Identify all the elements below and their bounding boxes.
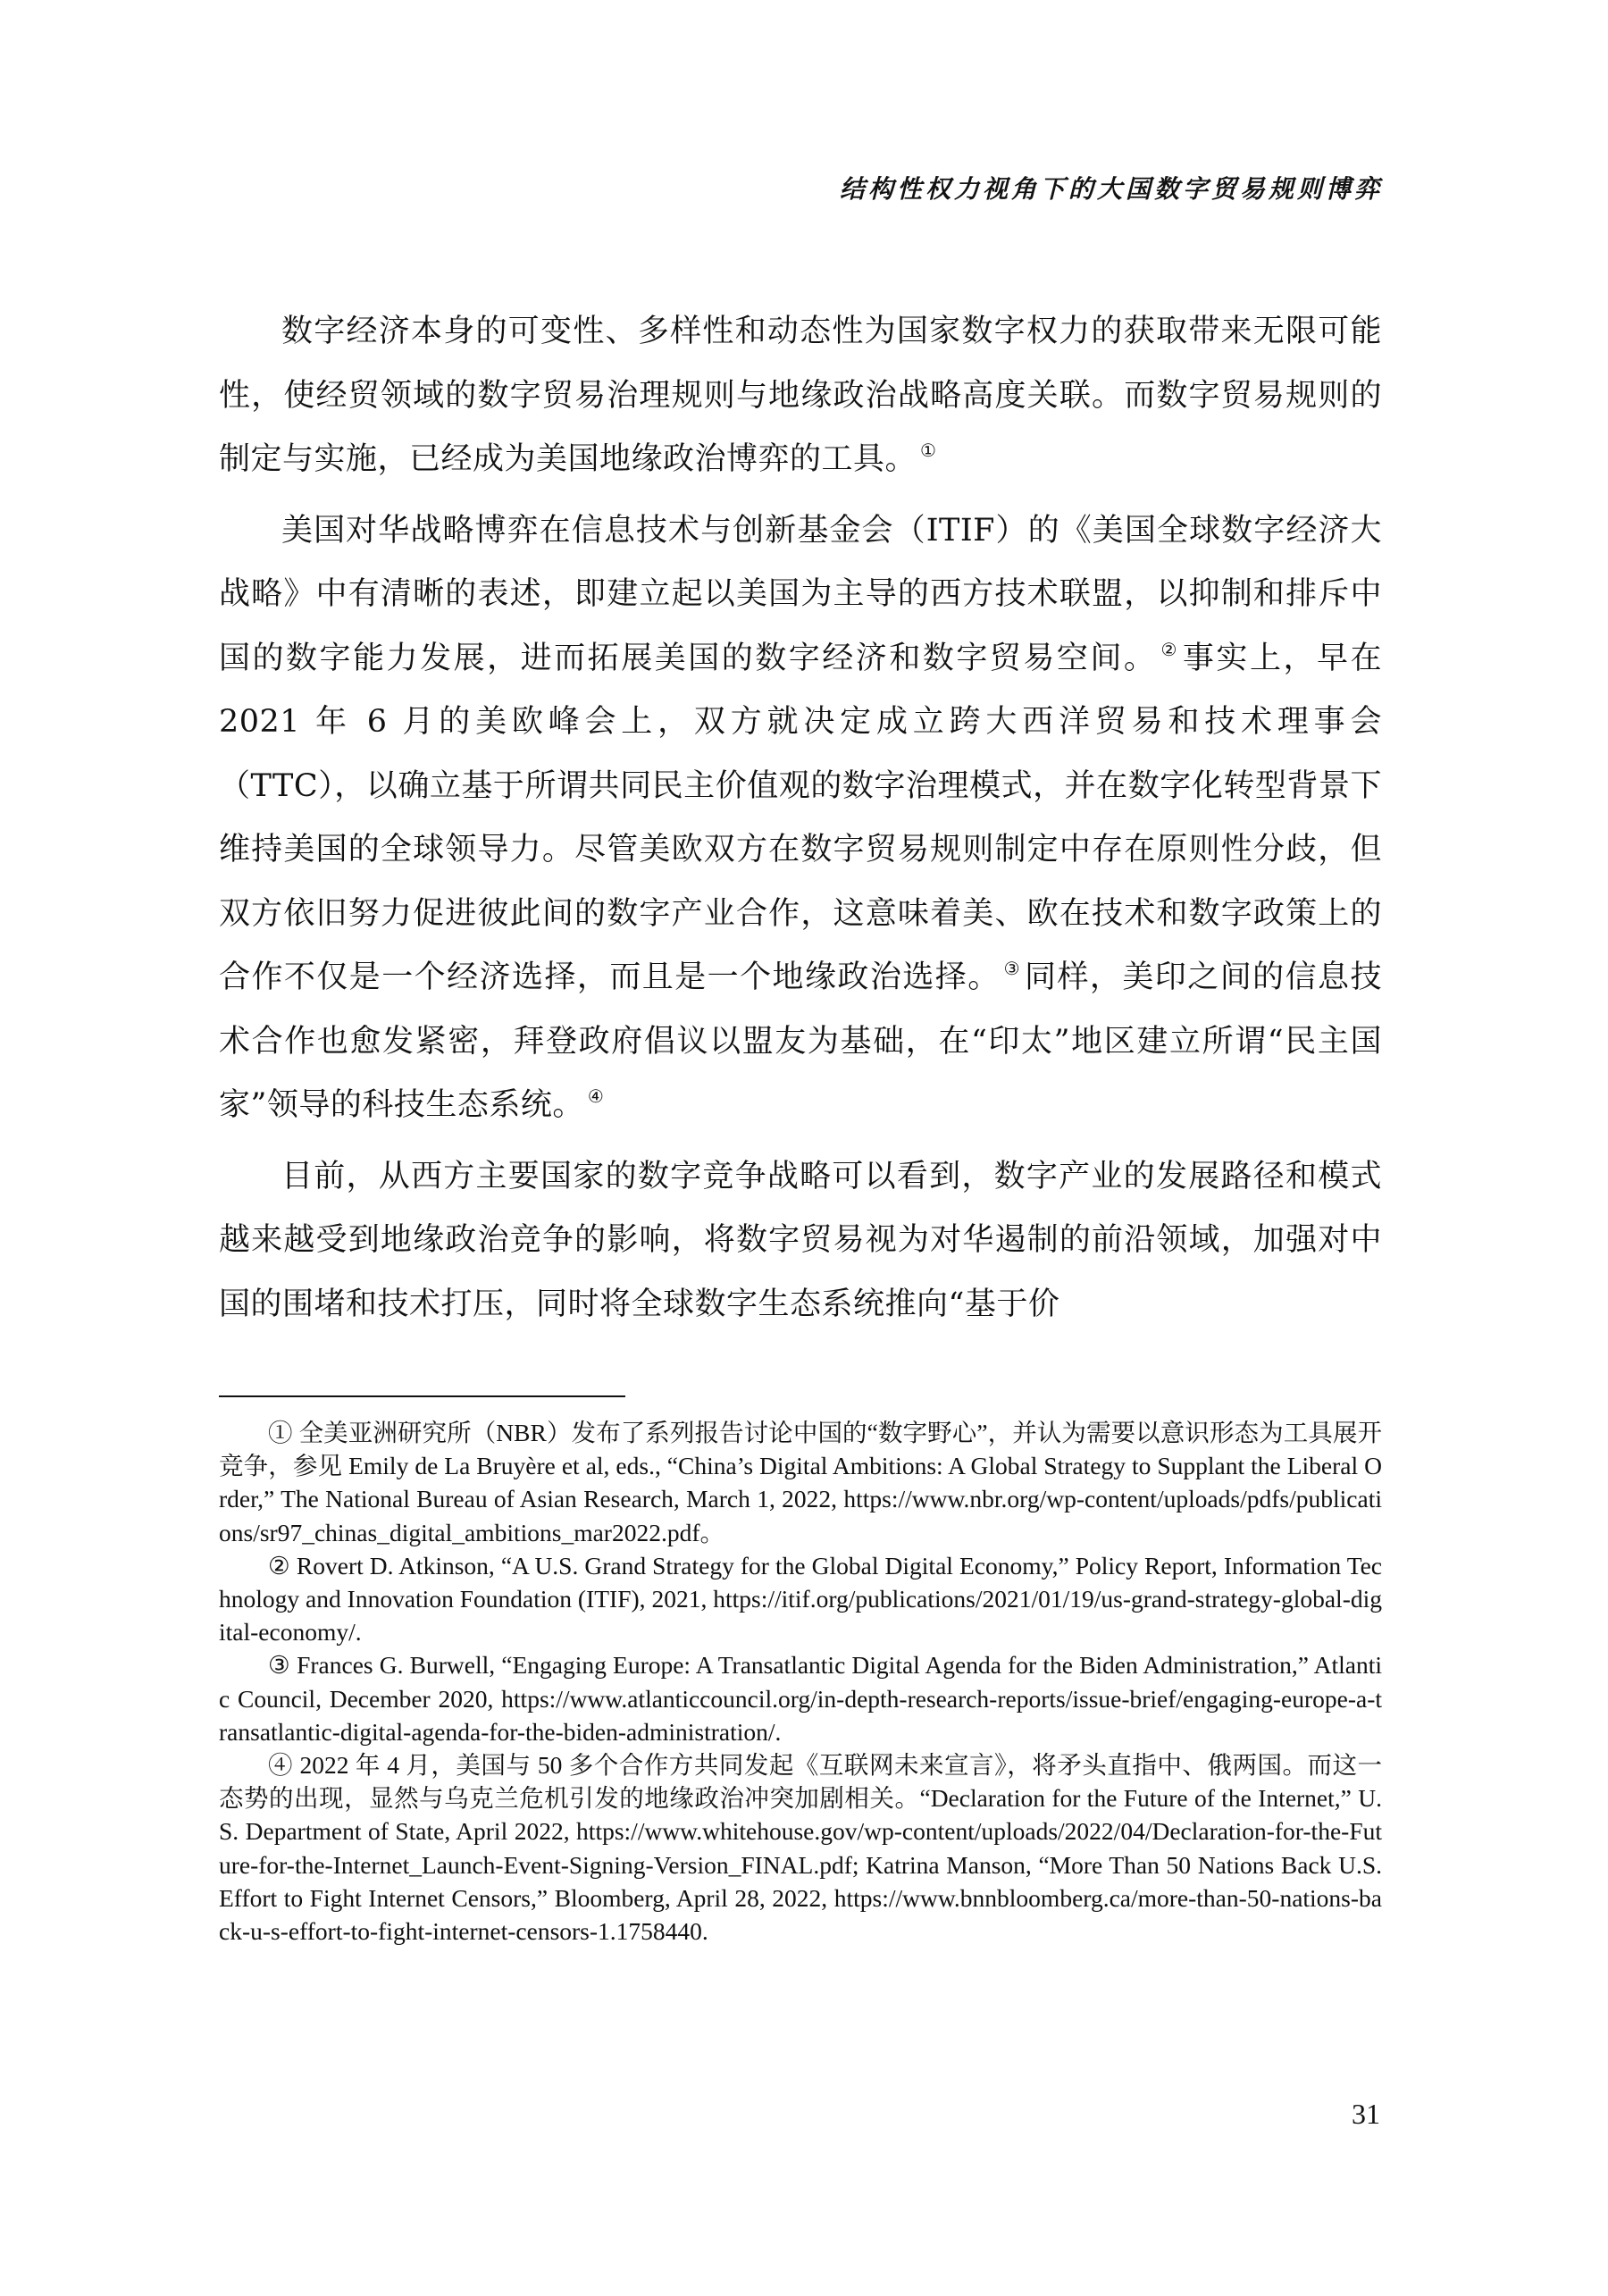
footnote-text: Frances G. Burwell, “Engaging Europe: A … (219, 1651, 1382, 1745)
footnotes: ① 全美亚洲研究所（NBR）发布了系列报告讨论中国的“数字野心”，并认为需要以意… (219, 1416, 1382, 1948)
footnote-4: ④ 2022 年 4 月，美国与 50 多个合作方共同发起《互联网未来宣言》，将… (219, 1748, 1382, 1948)
footnote-ref[interactable]: ① (920, 440, 936, 461)
paragraph-text: 目前，从西方主要国家的数字竞争战略可以看到，数字产业的发展路径和模式越来越受到地… (219, 1159, 1382, 1322)
footnote-text: Rovert D. Atkinson, “A U.S. Grand Strate… (219, 1552, 1382, 1646)
footnote-marker: ④ (268, 1751, 293, 1779)
paragraph-text: 事实上，早在 2021 年 6 月的美欧峰会上，双方就决定成立跨大西洋贸易和技术… (219, 641, 1382, 996)
footnote-text: 2022 年 4 月，美国与 50 多个合作方共同发起《互联网未来宣言》，将矛头… (219, 1751, 1382, 1945)
footnote-1: ① 全美亚洲研究所（NBR）发布了系列报告讨论中国的“数字野心”，并认为需要以意… (219, 1416, 1382, 1549)
paragraph-3: 目前，从西方主要国家的数字竞争战略可以看到，数字产业的发展路径和模式越来越受到地… (219, 1145, 1382, 1337)
page-number: 31 (1352, 2098, 1380, 2131)
footnote-text: 全美亚洲研究所（NBR）发布了系列报告讨论中国的“数字野心”，并认为需要以意识形… (219, 1419, 1382, 1546)
footnote-ref[interactable]: ③ (1004, 958, 1021, 979)
footnote-2: ② Rovert D. Atkinson, “A U.S. Grand Stra… (219, 1549, 1382, 1649)
footnote-divider (219, 1395, 625, 1397)
paragraph-2: 美国对华战略博弈在信息技术与创新基金会（ITIF）的《美国全球数字经济大战略》中… (219, 499, 1382, 1138)
footnote-ref[interactable]: ② (1160, 639, 1178, 660)
paragraph-1: 数字经济本身的可变性、多样性和动态性为国家数字权力的获取带来无限可能性，使经贸领… (219, 300, 1382, 492)
footnote-marker: ① (268, 1419, 293, 1446)
body-text: 数字经济本身的可变性、多样性和动态性为国家数字权力的获取带来无限可能性，使经贸领… (219, 300, 1382, 1337)
paragraph-text: 数字经济本身的可变性、多样性和动态性为国家数字权力的获取带来无限可能性，使经贸领… (219, 314, 1382, 477)
running-head: 结构性权力视角下的大国数字贸易规则博弈 (840, 170, 1383, 205)
footnote-3: ③ Frances G. Burwell, “Engaging Europe: … (219, 1648, 1382, 1748)
footnote-ref[interactable]: ④ (588, 1085, 604, 1107)
document-page: 结构性权力视角下的大国数字贸易规则博弈 数字经济本身的可变性、多样性和动态性为国… (0, 0, 1608, 2296)
footnote-marker: ② (268, 1552, 290, 1580)
footnote-marker: ③ (268, 1651, 290, 1679)
